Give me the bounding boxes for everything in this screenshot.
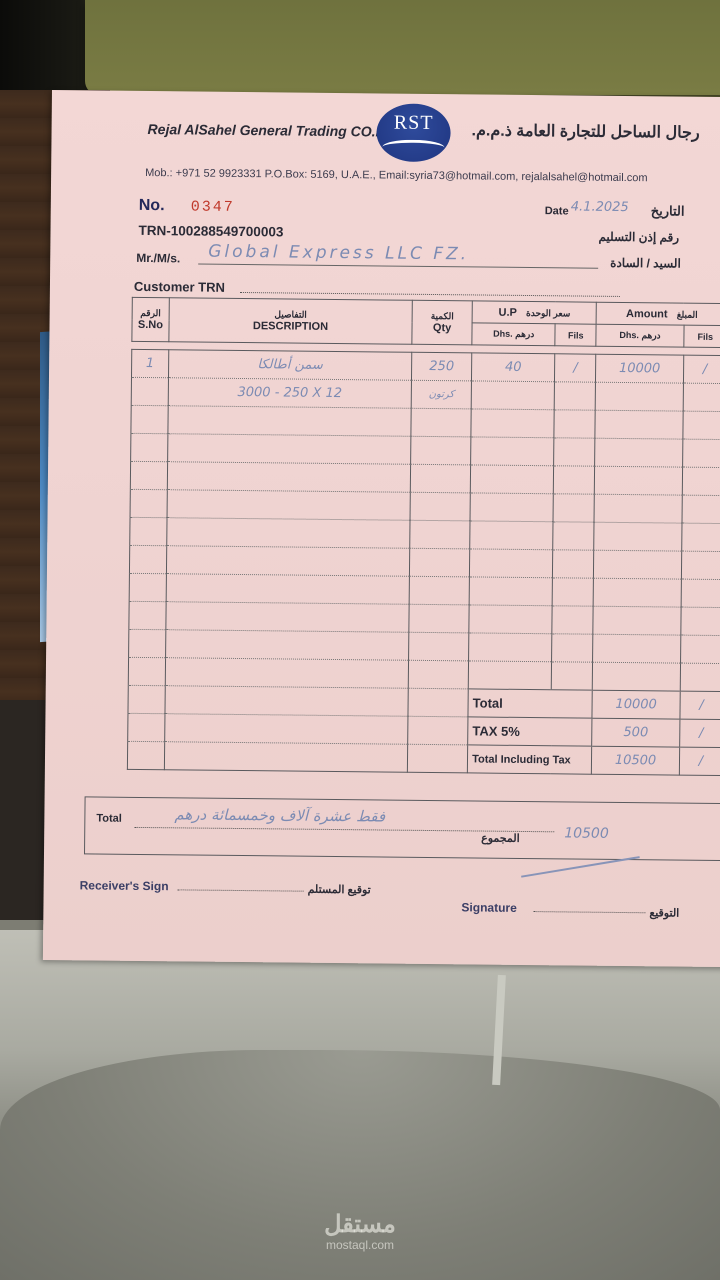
up-fils-header: Fils bbox=[555, 324, 596, 346]
mostaql-watermark: مستقل mostaql.com bbox=[310, 1212, 410, 1252]
tax-label: TAX 5% bbox=[468, 717, 593, 746]
row1-sno: 1 bbox=[131, 349, 168, 377]
row2-up-fils bbox=[554, 382, 595, 410]
invoice-no-label: No. bbox=[139, 197, 165, 215]
row1-desc: سمن أطالكا bbox=[168, 350, 412, 381]
customer-trn-label: Customer TRN bbox=[134, 279, 225, 295]
receiver-sign-label-ar: توقيع المستلم bbox=[308, 883, 371, 897]
watermark-ar: مستقل bbox=[310, 1212, 410, 1238]
qty-ar: الكمية bbox=[413, 311, 472, 323]
subtotal-label: Total bbox=[468, 689, 593, 718]
customer-value: Global Express LLC FZ. bbox=[208, 242, 469, 265]
logo-text: RST bbox=[377, 111, 451, 135]
row1-amt-dhs: 10000 bbox=[596, 354, 684, 383]
customer-line bbox=[198, 264, 598, 269]
row2-amt-dhs bbox=[596, 382, 684, 411]
rst-logo-icon: RST bbox=[376, 103, 451, 162]
contact-info: Mob.: +971 52 9923331 P.O.Box: 5169, U.A… bbox=[145, 167, 648, 184]
signature-label-ar: التوقيع bbox=[649, 906, 679, 919]
items-table-body: 1 سمن أطالكا 250 40 / 10000 / 3000 - 250… bbox=[127, 349, 720, 776]
date-label: Date bbox=[545, 205, 569, 217]
up-dhs-header: Dhs. درهم bbox=[472, 323, 555, 346]
table-row: Total Including Tax10500/ bbox=[127, 741, 720, 775]
amount-ar: المبلغ bbox=[677, 309, 698, 319]
subtotal-fils: / bbox=[680, 691, 720, 719]
total-words-value: فقط عشرة آلاف وخمسمائة درهم bbox=[174, 805, 385, 825]
subtotal-value: 10000 bbox=[592, 690, 680, 719]
customer-trn-line bbox=[240, 292, 620, 297]
total-words-label-ar: المجموع bbox=[481, 832, 520, 845]
total-incl-tax-value: 10500 bbox=[592, 746, 680, 775]
total-words-label: Total bbox=[96, 813, 122, 825]
invoice-no-value: 0347 bbox=[191, 198, 235, 215]
sno-ar: الرقم bbox=[133, 308, 169, 319]
delivery-no-label-ar: رقم إذن التسليم bbox=[598, 230, 679, 245]
qty-label: Qty bbox=[433, 322, 451, 334]
row1-amt-fils: / bbox=[683, 355, 720, 383]
col-amount: Amount المبلغ bbox=[596, 302, 720, 325]
row1-qty: 250 bbox=[412, 352, 472, 381]
col-sno: الرقم S.No bbox=[132, 297, 169, 341]
previous-page-cover bbox=[85, 0, 720, 95]
col-qty: الكمية Qty bbox=[412, 300, 472, 345]
row2-up-dhs bbox=[471, 381, 554, 410]
row2-sno bbox=[131, 377, 168, 405]
row1-up-dhs: 40 bbox=[472, 353, 555, 382]
row2-qty: كرتون bbox=[411, 380, 471, 409]
signature-label: Signature bbox=[461, 900, 516, 915]
company-name-ar: رجال الساحل للتجارة العامة ذ.م.م. bbox=[471, 120, 699, 142]
total-incl-tax-label: Total Including Tax bbox=[467, 745, 592, 774]
watermark-en: mostaql.com bbox=[310, 1238, 410, 1252]
grand-total-value: 10500 bbox=[564, 825, 609, 841]
amt-fils-header: Fils bbox=[684, 325, 720, 347]
items-table-header: الرقم S.No التفاصيل DESCRIPTION الكمية Q… bbox=[131, 297, 720, 348]
row1-up-fils: / bbox=[555, 354, 596, 382]
amount-label: Amount bbox=[626, 308, 668, 320]
invoice-paper: Rejal AlSahel General Trading CO.LLC. RS… bbox=[43, 90, 720, 967]
total-incl-tax-fils: / bbox=[679, 747, 720, 775]
customer-label: Mr./M/s. bbox=[136, 251, 180, 265]
customer-label-ar: السيد / السادة bbox=[610, 256, 681, 271]
amt-dhs-header: Dhs. درهم bbox=[596, 324, 684, 347]
logo-wave bbox=[382, 139, 444, 155]
col-unit-price: U.P سعر الوحدة bbox=[472, 301, 596, 324]
date-label-ar: التاريخ bbox=[651, 203, 685, 219]
row2-desc: 3000 - 250 X 12 bbox=[168, 378, 412, 409]
up-label: U.P bbox=[498, 306, 516, 318]
company-name-en: Rejal AlSahel General Trading CO.LLC. bbox=[148, 121, 407, 140]
col-description: التفاصيل DESCRIPTION bbox=[169, 298, 413, 345]
tax-fils: / bbox=[679, 719, 720, 747]
desc-label: DESCRIPTION bbox=[253, 320, 328, 333]
receiver-sign-line bbox=[178, 889, 304, 891]
company-trn: TRN-100288549700003 bbox=[138, 223, 283, 240]
sno-label: S.No bbox=[138, 319, 163, 331]
tax-value: 500 bbox=[592, 718, 680, 747]
date-value: 4.1.2025 bbox=[571, 199, 629, 215]
row2-amt-fils bbox=[683, 383, 720, 411]
up-ar: سعر الوحدة bbox=[526, 307, 570, 317]
signature-scribble bbox=[521, 856, 646, 917]
receiver-sign-label: Receiver's Sign bbox=[80, 878, 169, 893]
